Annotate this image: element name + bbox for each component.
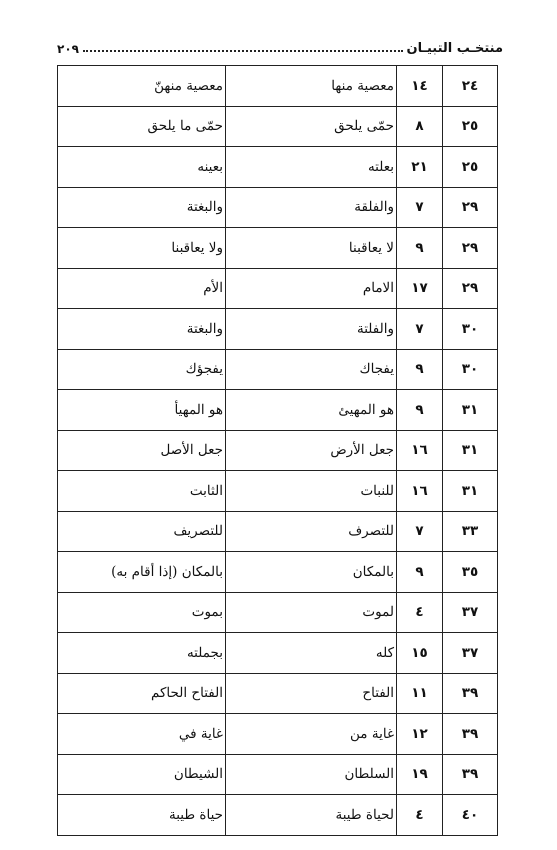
line-cell: ١٤ [397,66,443,107]
correction-cell: ولا يعاقبنا [58,228,226,269]
correction-cell: بجملته [58,633,226,674]
correction-cell: غاية في [58,714,226,755]
line-cell: ١١ [397,673,443,714]
error-cell: الامام [226,268,397,309]
error-cell: بالمكان [226,552,397,593]
correction-cell: حمّى ما يلحق [58,106,226,147]
correction-cell: بالمكان (إذا أقام به) [58,552,226,593]
book-title: منتخـب التبيـان [407,41,503,56]
page-cell: ٣٠ [443,349,498,390]
error-cell: لموت [226,592,397,633]
line-cell: ١٩ [397,754,443,795]
line-cell: ٨ [397,106,443,147]
table-row: ٣٩١٩السلطانالشيطان [58,754,498,795]
error-cell: لحياة طيبة [226,795,397,836]
correction-cell: للتصريف [58,511,226,552]
table-row: ٣٧٤لموتبموت [58,592,498,633]
page-cell: ٣٣ [443,511,498,552]
page-cell: ٣١ [443,430,498,471]
page-cell: ٢٤ [443,66,498,107]
error-cell: لا يعاقبنا [226,228,397,269]
line-cell: ٤ [397,592,443,633]
line-cell: ١٦ [397,471,443,512]
line-cell: ٢١ [397,147,443,188]
table-row: ٣١١٦للنباتالثابت [58,471,498,512]
page-cell: ٢٥ [443,147,498,188]
correction-cell: والبغتة [58,187,226,228]
correction-cell: معصية منهنّ [58,66,226,107]
correction-cell: بعينه [58,147,226,188]
page-cell: ٣١ [443,471,498,512]
line-cell: ١٢ [397,714,443,755]
table-row: ٣٧١٥كلهبجملته [58,633,498,674]
page-cell: ٣٠ [443,309,498,350]
line-cell: ٩ [397,349,443,390]
line-cell: ١٧ [397,268,443,309]
correction-cell: الثابت [58,471,226,512]
table-row: ٣١٩هو المهيئهو المهيأ [58,390,498,431]
error-cell: جعل الأرض [226,430,397,471]
error-cell: للنبات [226,471,397,512]
table-row: ٣٠٩يفجاكيفجؤك [58,349,498,390]
error-cell: غاية من [226,714,397,755]
page-cell: ٤٠ [443,795,498,836]
line-cell: ٧ [397,309,443,350]
error-cell: والفلقة [226,187,397,228]
error-cell: بعلته [226,147,397,188]
error-cell: والفلتة [226,309,397,350]
page-cell: ٣٧ [443,592,498,633]
page-cell: ٢٩ [443,187,498,228]
correction-cell: بموت [58,592,226,633]
table-row: ٢٩٩لا يعاقبناولا يعاقبنا [58,228,498,269]
line-cell: ٧ [397,511,443,552]
dotted-leader [83,50,403,52]
correction-cell: جعل الأصل [58,430,226,471]
line-cell: ٤ [397,795,443,836]
table-row: ٣٠٧والفلتةوالبغتة [58,309,498,350]
page-number: ٢٠٩ [57,42,79,56]
correction-cell: يفجؤك [58,349,226,390]
page-cell: ٢٥ [443,106,498,147]
page-cell: ٣٧ [443,633,498,674]
line-cell: ٩ [397,228,443,269]
running-header: منتخـب التبيـان ٢٠٩ [57,36,503,56]
page-cell: ٢٩ [443,228,498,269]
line-cell: ٩ [397,552,443,593]
correction-cell: الشيطان [58,754,226,795]
table-row: ٢٩١٧الامامالأم [58,268,498,309]
table-row: ٤٠٤لحياة طيبةحياة طيبة [58,795,498,836]
table-row: ٢٥٢١بعلتهبعينه [58,147,498,188]
error-cell: للتصرف [226,511,397,552]
line-cell: ٧ [397,187,443,228]
page-cell: ٣١ [443,390,498,431]
error-cell: السلطان [226,754,397,795]
error-cell: الفتاح [226,673,397,714]
correction-cell: الأم [58,268,226,309]
correction-cell: والبغتة [58,309,226,350]
table-row: ٢٩٧والفلقةوالبغتة [58,187,498,228]
error-cell: هو المهيئ [226,390,397,431]
table-row: ٣٩١٢غاية منغاية في [58,714,498,755]
table-row: ٢٥٨حمّى يلحقحمّى ما يلحق [58,106,498,147]
correction-cell: هو المهيأ [58,390,226,431]
correction-cell: الفتاح الحاكم [58,673,226,714]
page-cell: ٣٩ [443,754,498,795]
error-cell: معصية منها [226,66,397,107]
page-cell: ٣٩ [443,714,498,755]
page-cell: ٣٥ [443,552,498,593]
line-cell: ٩ [397,390,443,431]
table-row: ٣١١٦جعل الأرضجعل الأصل [58,430,498,471]
correction-cell: حياة طيبة [58,795,226,836]
line-cell: ١٥ [397,633,443,674]
errata-table: ٢٤١٤معصية منهامعصية منهنّ٢٥٨حمّى يلحقحمّ… [57,65,498,836]
error-cell: كله [226,633,397,674]
table-row: ٢٤١٤معصية منهامعصية منهنّ [58,66,498,107]
page-cell: ٣٩ [443,673,498,714]
table-row: ٣٩١١الفتاحالفتاح الحاكم [58,673,498,714]
table-row: ٣٥٩بالمكانبالمكان (إذا أقام به) [58,552,498,593]
errata-table-body: ٢٤١٤معصية منهامعصية منهنّ٢٥٨حمّى يلحقحمّ… [58,66,498,836]
error-cell: يفجاك [226,349,397,390]
line-cell: ١٦ [397,430,443,471]
error-cell: حمّى يلحق [226,106,397,147]
page-cell: ٢٩ [443,268,498,309]
table-row: ٣٣٧للتصرفللتصريف [58,511,498,552]
